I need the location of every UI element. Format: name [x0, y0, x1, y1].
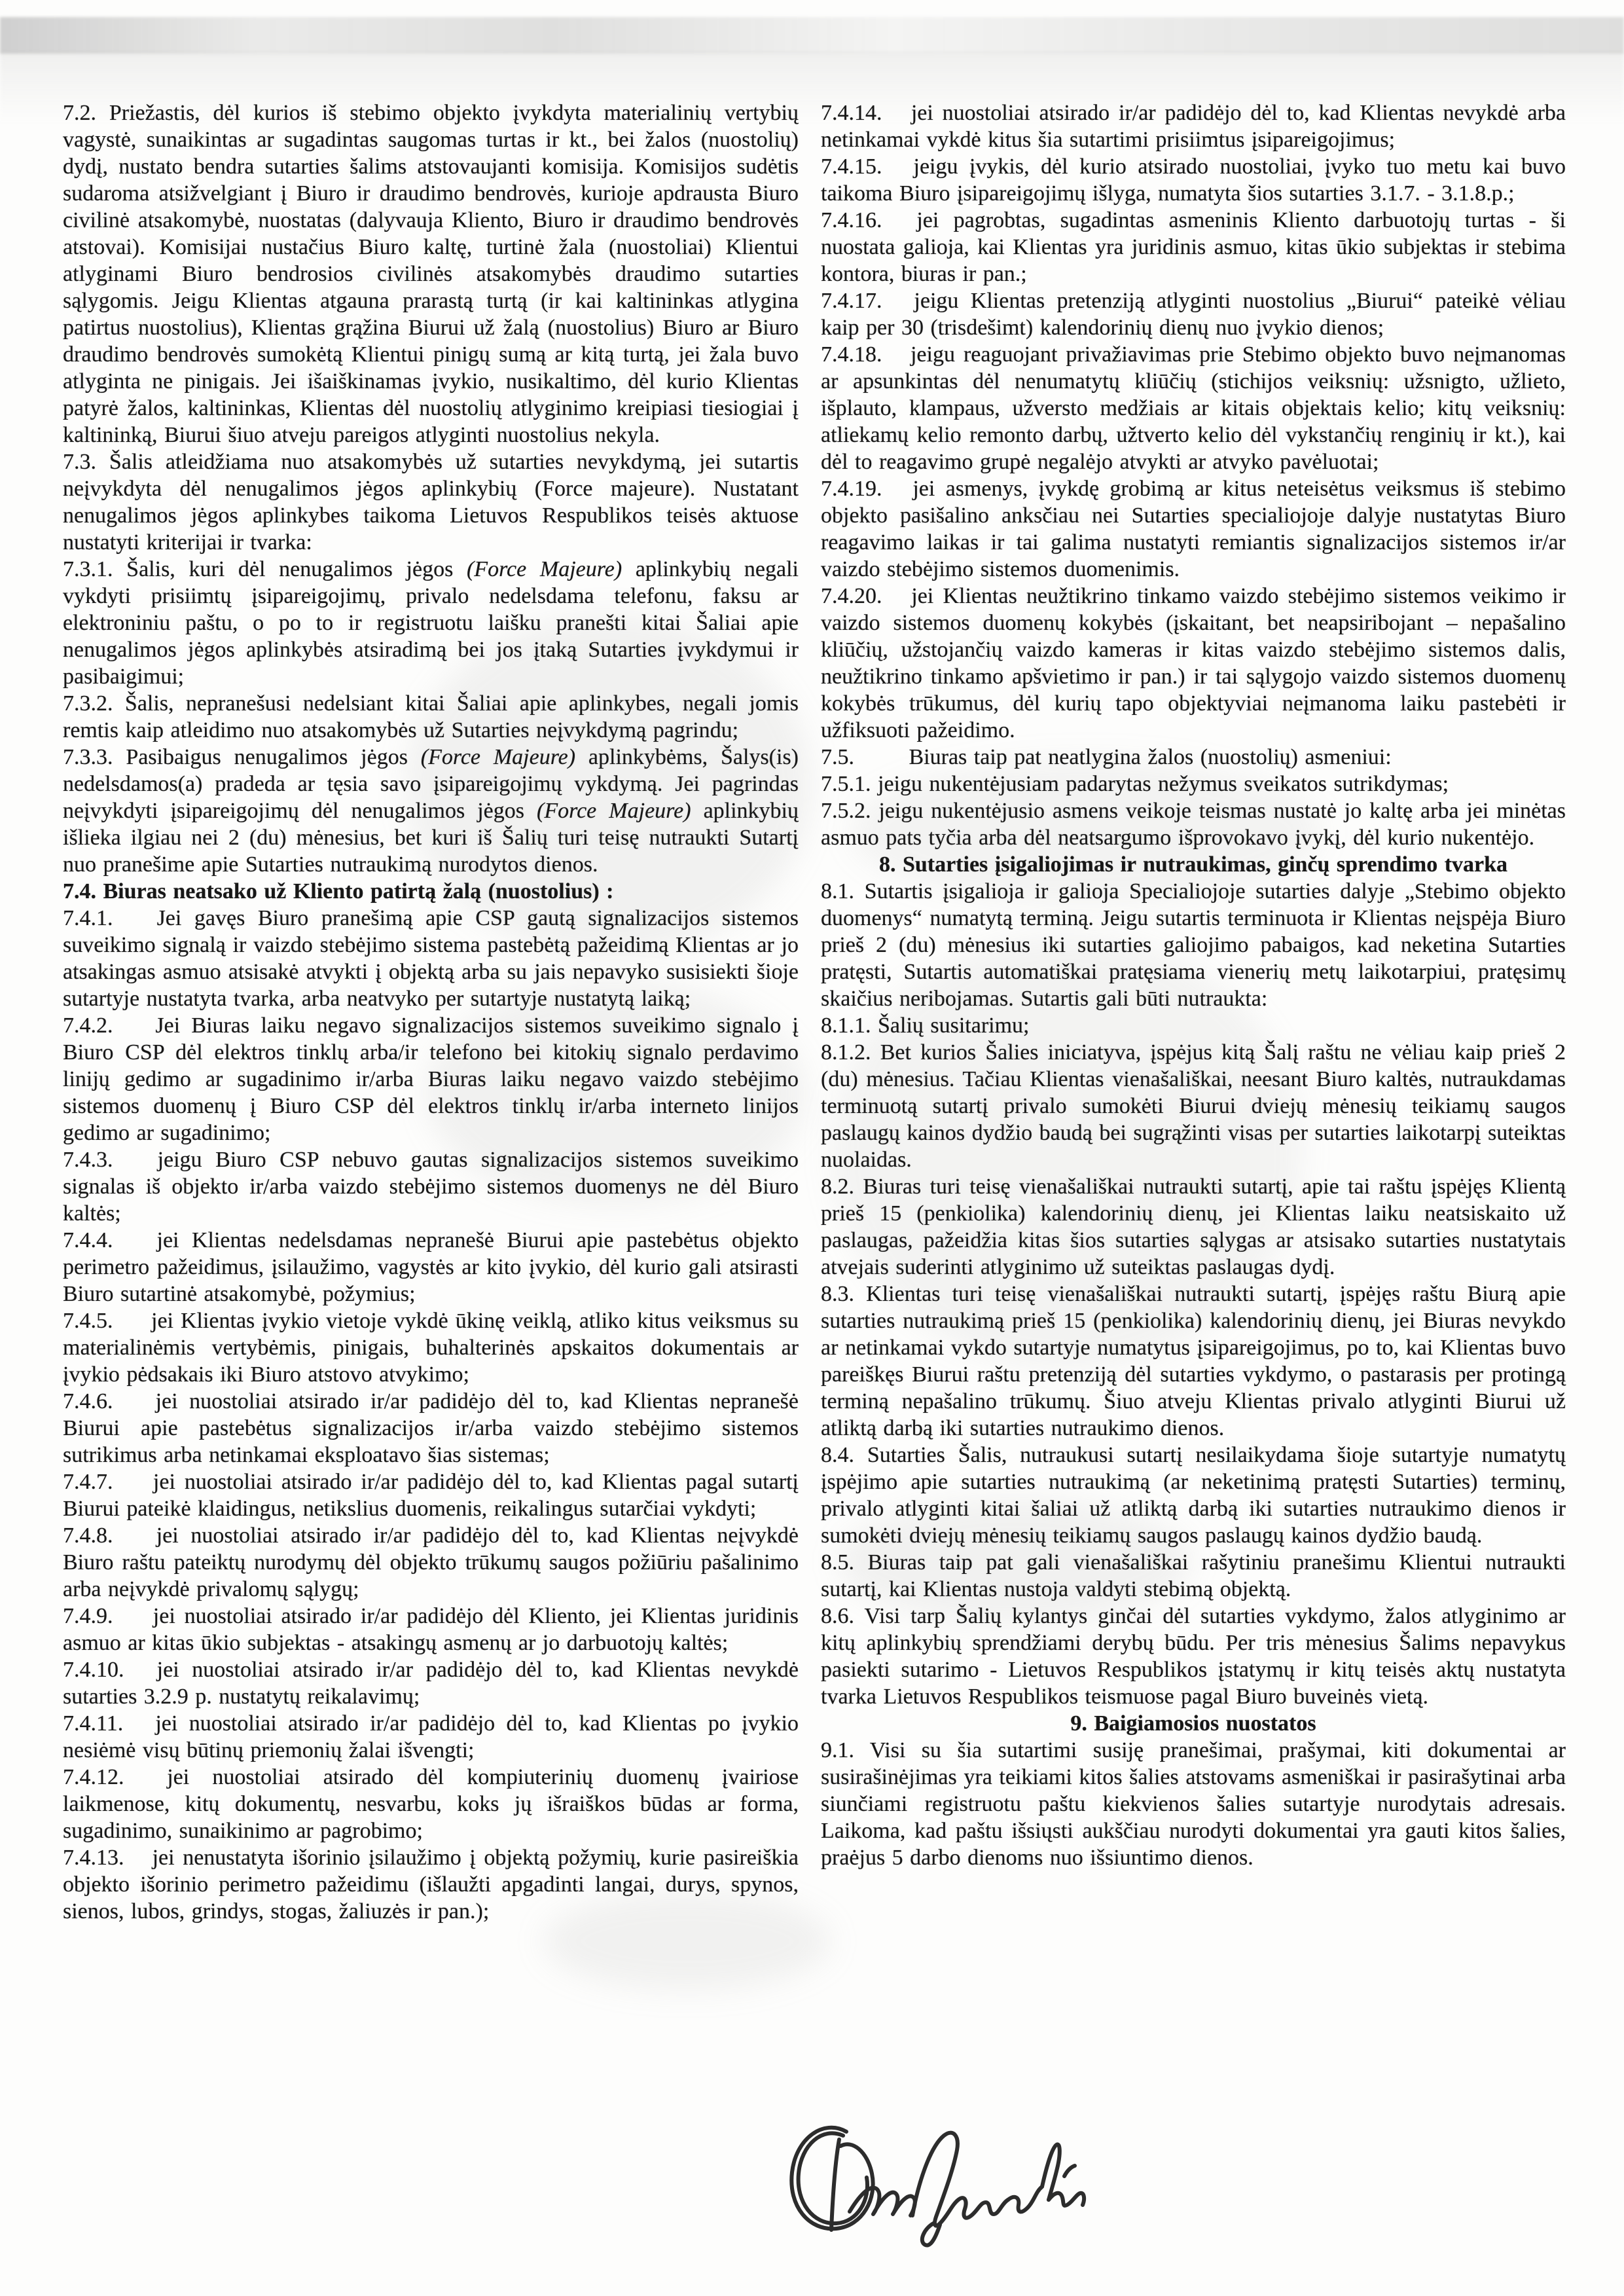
clause-number: 8.1.1. [821, 1013, 871, 1038]
clause-text: Biuras taip pat gali vienašališkai rašyt… [821, 1550, 1566, 1601]
clause-number: 7.4.10. [63, 1656, 144, 1683]
clause-text: Sutarties Šalis, nutraukusi sutartį nesi… [821, 1443, 1566, 1548]
clause-number: 7.4.17. [821, 287, 902, 314]
clause-text: jei pagrobtas, sugadintas asmeninis Klie… [821, 208, 1566, 286]
clause-text: Bet kurios Šalies iniciatyva, įspėjus ki… [821, 1040, 1566, 1172]
clause-number: 8.2. [821, 1175, 854, 1199]
clause-text: Šalis, kuri dėl nenugalimos jėgos (Force… [63, 557, 799, 689]
clause-number: 9.1. [821, 1738, 854, 1762]
clause-text: Klientas turi teisę vienašališkai nutrau… [821, 1282, 1566, 1440]
clause-7-2: 7.2. Priežastis, dėl kurios iš stebimo o… [63, 100, 799, 448]
clause-7-5-1: 7.5.1. jeigu nukentėjusiam padarytas než… [821, 771, 1566, 797]
clause-8-2: 8.2. Biuras turi teisę vienašališkai nut… [821, 1173, 1566, 1281]
clause-text: jei nuostoliai atsirado ir/ar padidėjo d… [63, 1711, 799, 1762]
clause-number: 7.2. [63, 101, 96, 125]
clause-number: 7.4.2. [63, 1012, 144, 1039]
clause-7-4-12: 7.4.12. jei nuostoliai atsirado dėl komp… [63, 1764, 799, 1844]
clause-7-4-6: 7.4.6. jei nuostoliai atsirado ir/ar pad… [63, 1388, 799, 1468]
clause-7-4-17: 7.4.17. jeigu Klientas pretenziją atlygi… [821, 287, 1566, 341]
clause-7-4-8: 7.4.8. jei nuostoliai atsirado ir/ar pad… [63, 1522, 799, 1603]
clause-number: 7.4.18. [821, 341, 902, 368]
clause-text: Šalis atleidžiama nuo atsakomybės už sut… [63, 450, 799, 555]
clause-8-6: 8.6. Visi tarp Šalių kylantys ginčai dėl… [821, 1603, 1566, 1710]
clause-text: jei nuostoliai atsirado ir/ar padidėjo d… [63, 1389, 799, 1467]
clause-text: jei Klientas neužtikrino tinkamo vaizdo … [821, 584, 1566, 742]
clause-7-4-16: 7.4.16. jei pagrobtas, sugadintas asmeni… [821, 207, 1566, 287]
clause-text: jei nuostoliai atsirado ir/ar padidėjo d… [63, 1523, 799, 1601]
handwritten-signature-icon [784, 2113, 1092, 2251]
clause-number: 7.4.6. [63, 1388, 144, 1415]
clause-number: 7.4.8. [63, 1522, 144, 1549]
clause-7-4-7: 7.4.7. jei nuostoliai atsirado ir/ar pad… [63, 1468, 799, 1522]
clause-text: jeigu nukentėjusio asmens veikoje teisma… [821, 799, 1566, 850]
clause-7-4-11: 7.4.11. jei nuostoliai atsirado ir/ar pa… [63, 1710, 799, 1764]
clause-number: 7.4.16. [821, 207, 902, 234]
clause-number: 7.5.1. [821, 772, 871, 796]
clause-text: jei nuostoliai atsirado dėl kompiuterini… [63, 1765, 799, 1843]
clause-7-4-20: 7.4.20. jei Klientas neužtikrino tinkamo… [821, 583, 1566, 744]
clause-7-4-15: 7.4.15. jeigu įvykis, dėl kurio atsirado… [821, 153, 1566, 207]
clause-9-1: 9.1. Visi su šia sutartimi susiję praneš… [821, 1737, 1566, 1871]
clause-text: jei nuostoliai atsirado ir/ar padidėjo d… [63, 1470, 799, 1521]
clause-number: 8.3. [821, 1282, 854, 1306]
clause-text: jei nenustatyta išorinio įsilaužimo į ob… [63, 1846, 799, 1923]
clause-7-4-9: 7.4.9. jei nuostoliai atsirado ir/ar pad… [63, 1603, 799, 1656]
clause-number: 7.3.3. [63, 745, 113, 769]
clause-7-4-3: 7.4.3. jeigu Biuro CSP nebuvo gautas sig… [63, 1146, 799, 1227]
clause-text: Šalis, nepranešusi nedelsiant kitai Šali… [63, 691, 799, 742]
clause-text: jei Klientas įvykio vietoje vykdė ūkinę … [63, 1309, 799, 1387]
clause-number: 8.4. [821, 1443, 854, 1467]
clause-number: 8.5. [821, 1550, 854, 1575]
clause-text: jei nuostoliai atsirado ir/ar padidėjo d… [63, 1604, 799, 1655]
clause-number: 7.4.5. [63, 1307, 144, 1334]
clause-7-3: 7.3. Šalis atleidžiama nuo atsakomybės u… [63, 448, 799, 556]
clause-text: Jei Biuras laiku negavo signalizacijos s… [63, 1013, 799, 1145]
clause-number: 7.3. [63, 450, 96, 474]
clause-number: 8.6. [821, 1604, 854, 1628]
clause-text: Jei gavęs Biuro pranešimą apie CSP gautą… [63, 906, 799, 1011]
clause-number: 7.4.13. [63, 1844, 144, 1871]
clause-7-3-3: 7.3.3. Pasibaigus nenugalimos jėgos (For… [63, 744, 799, 878]
clause-number: 7.3.1. [63, 557, 113, 581]
clause-text: jei nuostoliai atsirado ir/ar padidėjo d… [63, 1658, 799, 1709]
clause-number: 7.4. [63, 879, 96, 903]
clause-7-4-10: 7.4.10. jei nuostoliai atsirado ir/ar pa… [63, 1656, 799, 1710]
clause-text: 9. Baigiamosios nuostatos [1070, 1711, 1316, 1736]
clause-text: Sutartis įsigalioja ir galioja Specialio… [821, 879, 1566, 1011]
clause-text: Biuras taip pat neatlygina žalos (nuosto… [909, 745, 1392, 769]
clause-8-4: 8.4. Sutarties Šalis, nutraukusi sutartį… [821, 1442, 1566, 1549]
clause-text: jeigu įvykis, dėl kurio atsirado nuostol… [821, 155, 1566, 206]
scanned-contract-page: 7.2. Priežastis, dėl kurios iš stebimo o… [0, 0, 1624, 2296]
clause-number: 7.4.4. [63, 1227, 144, 1254]
column-right: 7.4.14. jei nuostoliai atsirado ir/ar pa… [821, 100, 1566, 1871]
clause-7-5: 7.5. Biuras taip pat neatlygina žalos (n… [821, 744, 1566, 771]
clause-text: jeigu nukentėjusiam padarytas nežymus sv… [878, 772, 1449, 796]
clause-number: 7.5. [821, 744, 902, 771]
clause-7-3-2: 7.3.2. Šalis, nepranešusi nedelsiant kit… [63, 690, 799, 744]
clause-7-4-2: 7.4.2. Jei Biuras laiku negavo signaliza… [63, 1012, 799, 1146]
clause-8-3: 8.3. Klientas turi teisę vienašališkai n… [821, 1281, 1566, 1442]
clause-text: jei nuostoliai atsirado ir/ar padidėjo d… [821, 101, 1566, 152]
clause-7-4: 7.4. Biuras neatsako už Kliento patirtą … [63, 878, 799, 905]
clause-7-4-18: 7.4.18. jeigu reaguojant privažiavimas p… [821, 341, 1566, 475]
clause-number: 7.3.2. [63, 691, 113, 716]
clause-7-4-4: 7.4.4. jei Klientas nedelsdamas nepraneš… [63, 1227, 799, 1307]
scan-noise-band [0, 17, 1624, 54]
clause-section-heading: 9. Baigiamosios nuostatos [821, 1710, 1566, 1737]
clause-text: jei asmenys, įvykdę grobimą ar kitus net… [821, 477, 1566, 581]
clause-8-1: 8.1. Sutartis įsigalioja ir galioja Spec… [821, 878, 1566, 1012]
clause-7-4-5: 7.4.5. jei Klientas įvykio vietoje vykdė… [63, 1307, 799, 1388]
clause-number: 7.4.3. [63, 1146, 144, 1173]
clause-number: 7.4.14. [821, 100, 902, 126]
clause-number: 7.4.9. [63, 1603, 144, 1630]
clause-number: 8.1. [821, 879, 854, 903]
clause-number: 7.4.7. [63, 1468, 144, 1495]
clause-7-3-1: 7.3.1. Šalis, kuri dėl nenugalimos jėgos… [63, 556, 799, 690]
clause-text: jeigu Klientas pretenziją atlyginti nuos… [821, 289, 1566, 340]
clause-7-4-1: 7.4.1. Jei gavęs Biuro pranešimą apie CS… [63, 905, 799, 1012]
clause-section-heading: 8. Sutarties įsigaliojimas ir nutraukima… [821, 851, 1566, 878]
clause-7-4-13: 7.4.13. jei nenustatyta išorinio įsilauž… [63, 1844, 799, 1925]
clause-text: Visi su šia sutartimi susiję pranešimai,… [821, 1738, 1566, 1870]
clause-8-1-1: 8.1.1. Šalių susitarimu; [821, 1012, 1566, 1039]
clause-number: 7.4.11. [63, 1710, 144, 1737]
clause-number: 7.4.12. [63, 1764, 144, 1791]
clause-number: 7.4.15. [821, 153, 902, 180]
clause-text: Biuras neatsako už Kliento patirtą žalą … [103, 879, 614, 903]
clause-8-5: 8.5. Biuras taip pat gali vienašališkai … [821, 1549, 1566, 1603]
clause-7-4-19: 7.4.19. jei asmenys, įvykdę grobimą ar k… [821, 475, 1566, 583]
clause-number: 8.1.2. [821, 1040, 871, 1065]
clause-text: Biuras turi teisę vienašališkai nutraukt… [821, 1175, 1566, 1279]
clause-text: Visi tarp Šalių kylantys ginčai dėl suta… [821, 1604, 1566, 1709]
clause-7-4-14: 7.4.14. jei nuostoliai atsirado ir/ar pa… [821, 100, 1566, 153]
clause-text: Šalių susitarimu; [878, 1013, 1030, 1038]
clause-text: jeigu Biuro CSP nebuvo gautas signalizac… [63, 1148, 799, 1226]
clause-8-1-2: 8.1.2. Bet kurios Šalies iniciatyva, įsp… [821, 1039, 1566, 1173]
clause-number: 7.4.1. [63, 905, 144, 932]
clause-7-5-2: 7.5.2. jeigu nukentėjusio asmens veikoje… [821, 797, 1566, 851]
clause-number: 7.5.2. [821, 799, 871, 823]
clause-text: Priežastis, dėl kurios iš stebimo objekt… [63, 101, 799, 447]
clause-number: 7.4.20. [821, 583, 902, 610]
column-left: 7.2. Priežastis, dėl kurios iš stebimo o… [63, 100, 799, 1925]
clause-number: 7.4.19. [821, 475, 902, 502]
clause-text: jei Klientas nedelsdamas nepranešė Biuru… [63, 1228, 799, 1306]
clause-text: jeigu reaguojant privažiavimas prie Steb… [821, 342, 1566, 474]
clause-text: Pasibaigus nenugalimos jėgos (Force Maje… [63, 745, 799, 877]
clause-text: 8. Sutarties įsigaliojimas ir nutraukima… [879, 852, 1507, 877]
